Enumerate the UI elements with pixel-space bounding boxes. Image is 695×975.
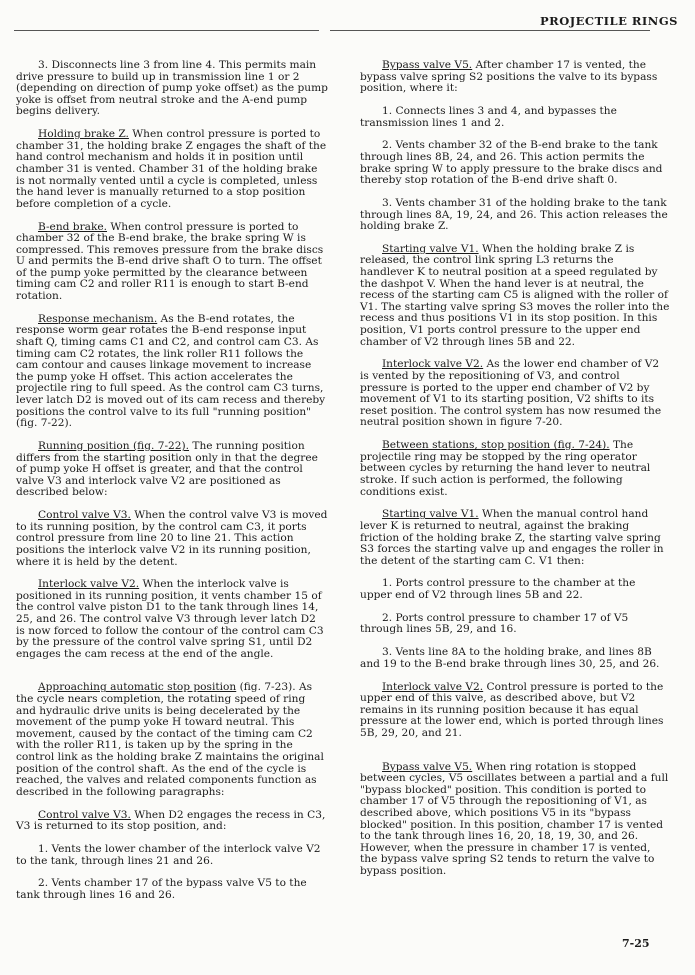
paragraph-heading: Bypass valve V5. (382, 761, 472, 773)
paragraph-running-position: Running position (fig. 7-22). The runnin… (16, 441, 328, 499)
paragraph-heading: Starting valve V1. (382, 243, 479, 255)
list-item: 2. Vents chamber 32 of the B-end brake t… (360, 140, 670, 186)
paragraph-control-valve-v3-stop: Control valve V3. When D2 engages the re… (16, 810, 328, 833)
paragraph-control-valve-v3: Control valve V3. When the control valve… (16, 510, 328, 568)
page-number: 7-25 (622, 937, 650, 950)
paragraph-response-mechanism: Response mechanism. As the B-end rotates… (16, 314, 328, 430)
paragraph-b-end-brake: B-end brake. When control pressure is po… (16, 222, 328, 303)
paragraph-heading: Running position (fig. 7-22). (38, 440, 189, 452)
paragraph: 3. Disconnects line 3 from line 4. This … (16, 60, 328, 118)
paragraph-heading: Bypass valve V5. (382, 59, 472, 71)
paragraph-starting-valve-v1-manual: Starting valve V1. When the manual contr… (360, 509, 670, 567)
paragraph-heading: Interlock valve V2. (382, 358, 483, 370)
list-item: 3. Vents line 8A to the holding brake, a… (360, 647, 670, 670)
paragraph-between-stations: Between stations, stop position (fig. 7-… (360, 440, 670, 498)
list-item: 1. Connects lines 3 and 4, and bypasses … (360, 106, 670, 129)
paragraph-bypass-valve-v5-oscillates: Bypass valve V5. When ring rotation is s… (360, 762, 670, 878)
paragraph-approaching-stop: Approaching automatic stop position (fig… (16, 682, 328, 798)
paragraph-holding-brake: Holding brake Z. When control pressure i… (16, 129, 328, 210)
header-rule-left (14, 30, 319, 31)
paragraph-interlock-valve-v2: Interlock valve V2. As the lower end cha… (360, 359, 670, 429)
paragraph-heading: B-end brake. (38, 221, 107, 233)
paragraph-heading: Approaching automatic stop position (38, 681, 236, 693)
list-item: 1. Vents the lower chamber of the interl… (16, 844, 328, 867)
right-column: Bypass valve V5. After chamber 17 is ven… (360, 60, 670, 889)
paragraph-heading: Control valve V3. (38, 809, 131, 821)
paragraph-heading: Control valve V3. (38, 509, 131, 521)
paragraph-heading: Holding brake Z. (38, 128, 129, 140)
list-item: 2. Ports control pressure to chamber 17 … (360, 613, 670, 636)
paragraph-heading: Between stations, stop position (fig. 7-… (382, 439, 610, 451)
left-column: 3. Disconnects line 3 from line 4. This … (16, 60, 328, 913)
paragraph-heading: Starting valve V1. (382, 508, 479, 520)
paragraph-starting-valve-v1: Starting valve V1. When the holding brak… (360, 244, 670, 348)
paragraph-interlock-valve-v2: Interlock valve V2. When the interlock v… (16, 579, 328, 660)
paragraph-heading: Response mechanism. (38, 313, 157, 325)
paragraph-heading: Interlock valve V2. (38, 578, 139, 590)
list-item: 2. Vents chamber 17 of the bypass valve … (16, 878, 328, 901)
list-item: 3. Vents chamber 31 of the holding brake… (360, 198, 670, 233)
running-header: PROJECTILE RINGS (540, 14, 678, 28)
paragraph-heading: Interlock valve V2. (382, 681, 483, 693)
paragraph-bypass-valve-v5: Bypass valve V5. After chamber 17 is ven… (360, 60, 670, 95)
paragraph-interlock-valve-v2-equal: Interlock valve V2. Control pressure is … (360, 682, 670, 740)
header-rule-right (330, 30, 650, 31)
list-item: 1. Ports control pressure to the chamber… (360, 578, 670, 601)
